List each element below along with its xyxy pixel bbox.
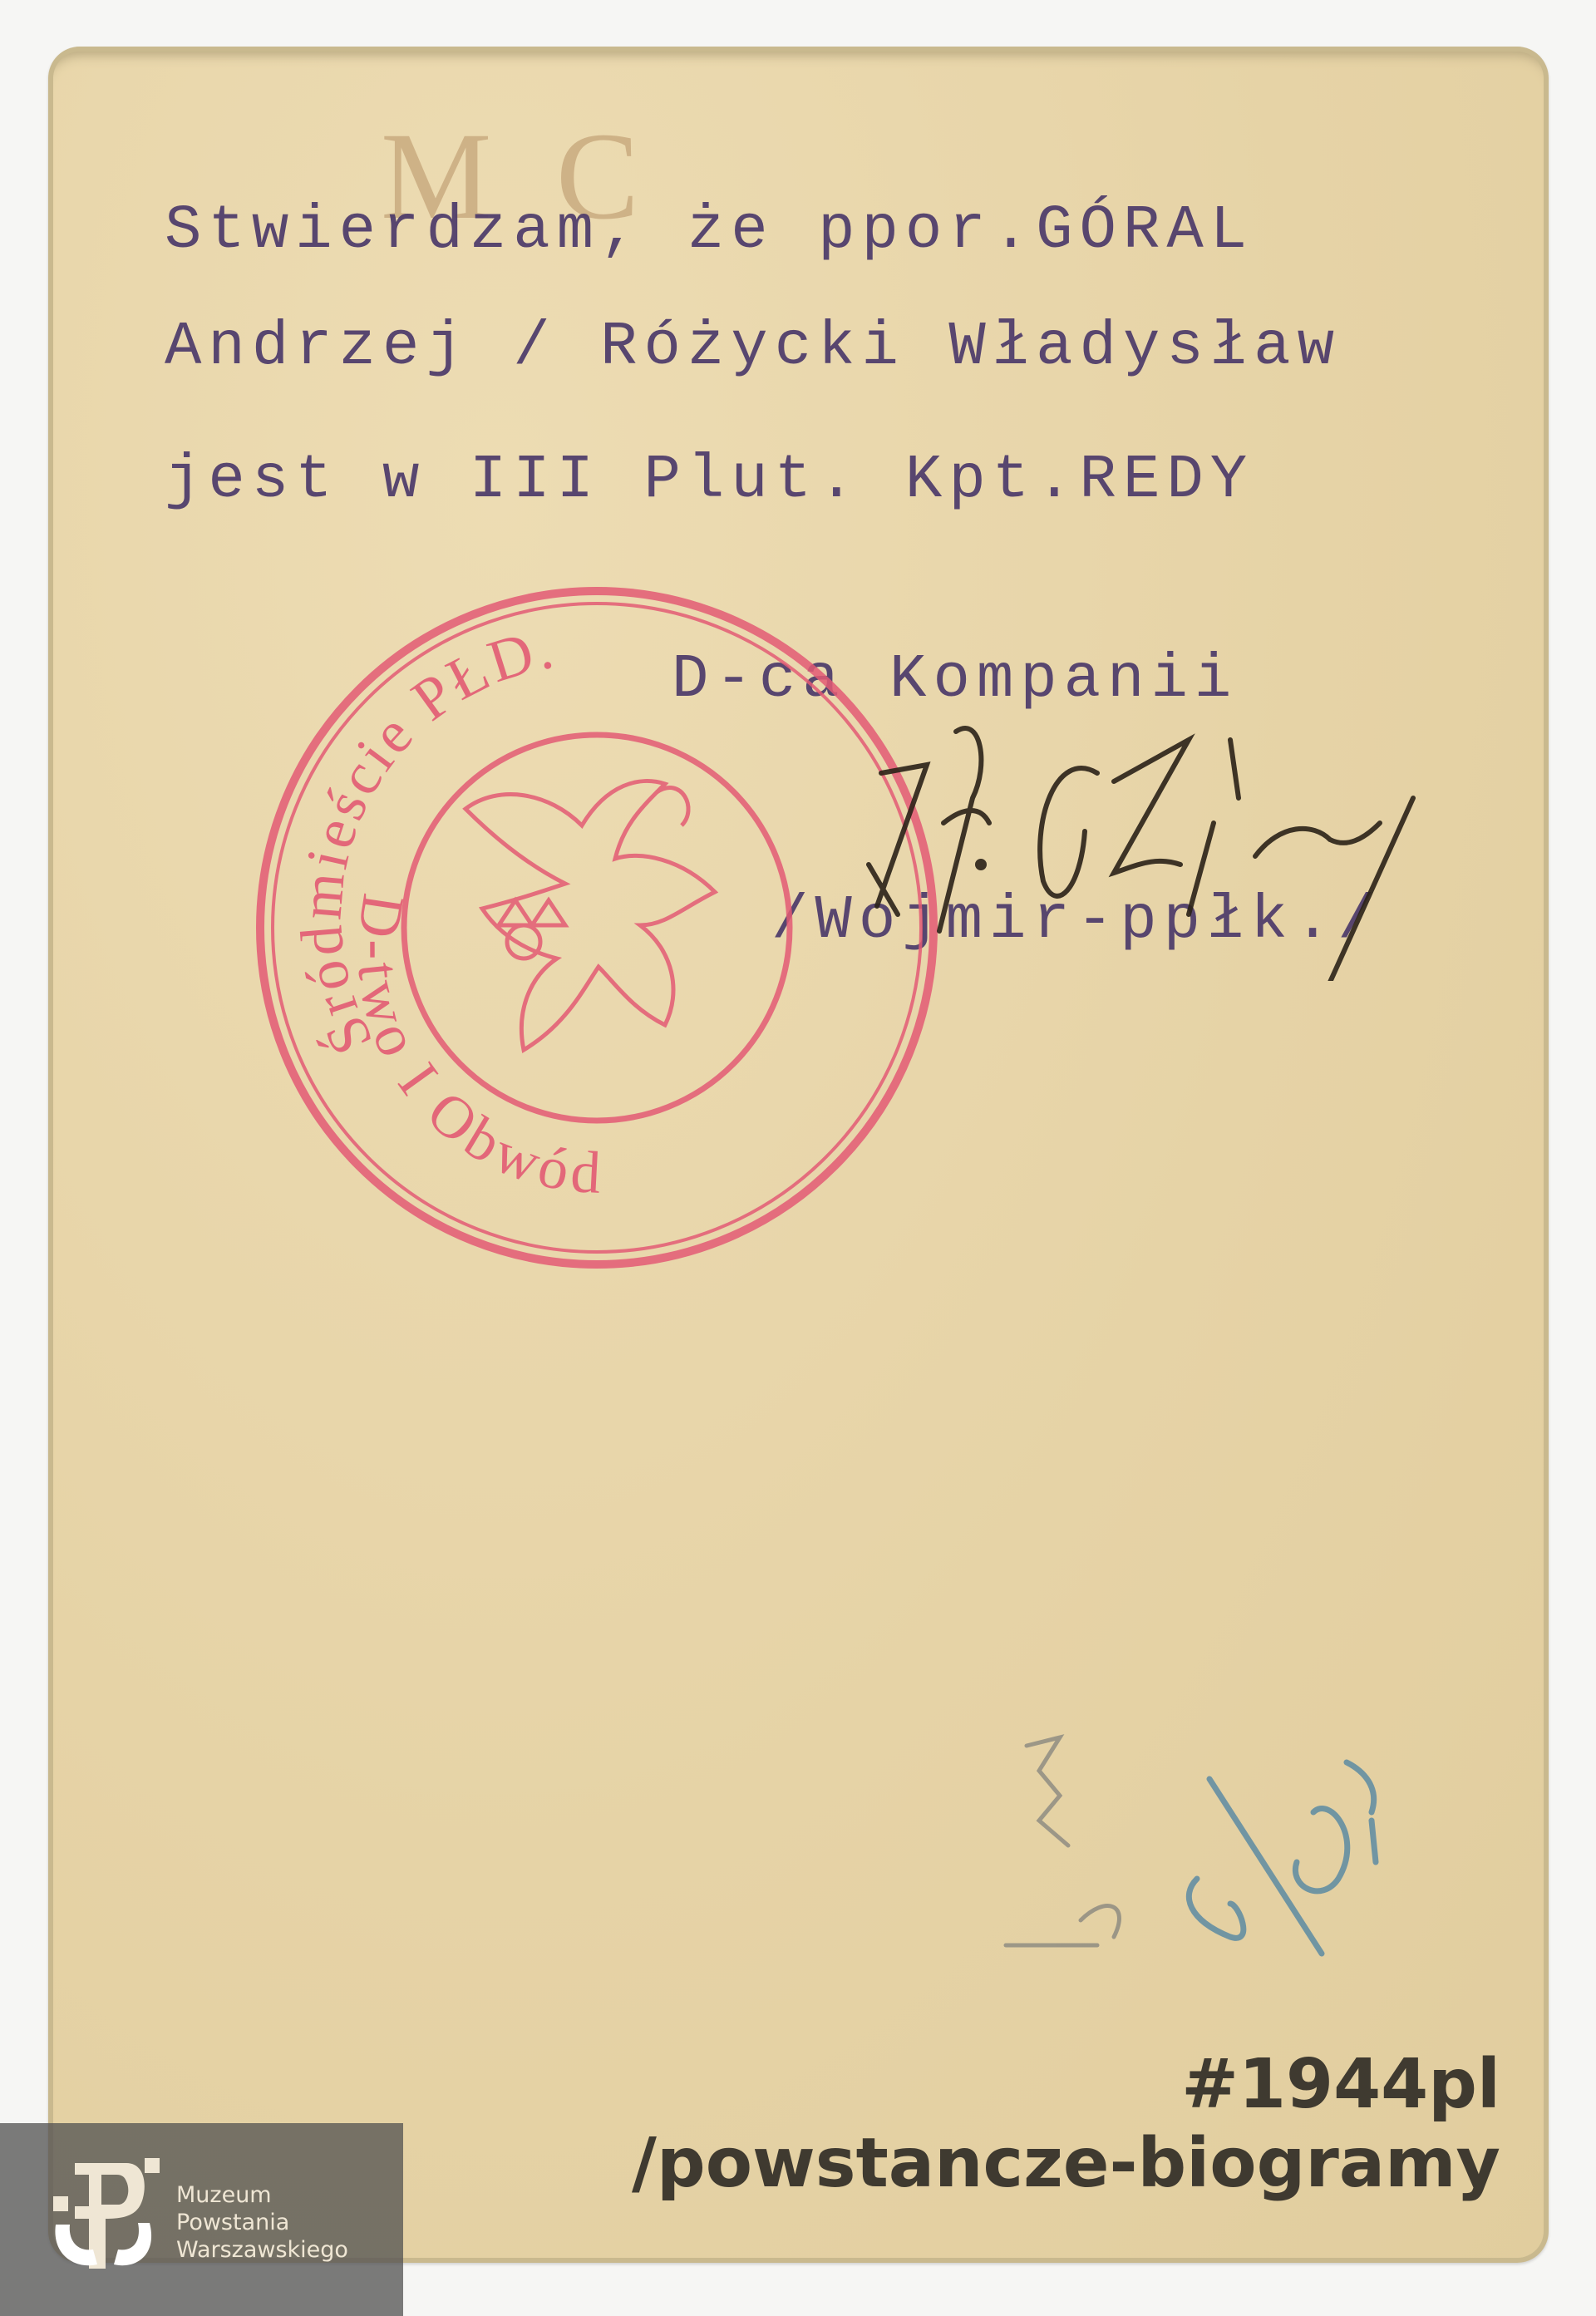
typed-line-3: jest w III Plut. Kpt.REDY (165, 446, 1254, 515)
kotwica-anchor-icon (52, 2156, 160, 2269)
typed-line-2: Andrzej / Różycki Władysław (165, 313, 1341, 382)
museum-logo[interactable]: Muzeum Powstania Warszawskiego (0, 2123, 403, 2316)
handwritten-signature (864, 698, 1463, 981)
watermark-path: /powstancze-biogramy (632, 2124, 1500, 2203)
svg-text:D-two I Obwód: D-two I Obwód (344, 889, 607, 1206)
museum-name: Muzeum Powstania Warszawskiego (176, 2181, 348, 2264)
handwritten-archive-notes (981, 1712, 1413, 1962)
watermark-hashtag: #1944pl (1181, 2045, 1500, 2124)
logo-line-2: Powstania (176, 2209, 348, 2236)
logo-line-1: Muzeum (176, 2181, 348, 2209)
stamp-text-bottom: D-two I Obwód (344, 889, 607, 1206)
logo-line-3: Warszawskiego (176, 2236, 348, 2264)
official-stamp: Śródmieście PŁD. D-two I Obwód (249, 576, 944, 1279)
typed-line-1: Stwierdzam, że ppor.GÓRAL (165, 196, 1254, 266)
eagle-emblem-icon (465, 781, 715, 1050)
